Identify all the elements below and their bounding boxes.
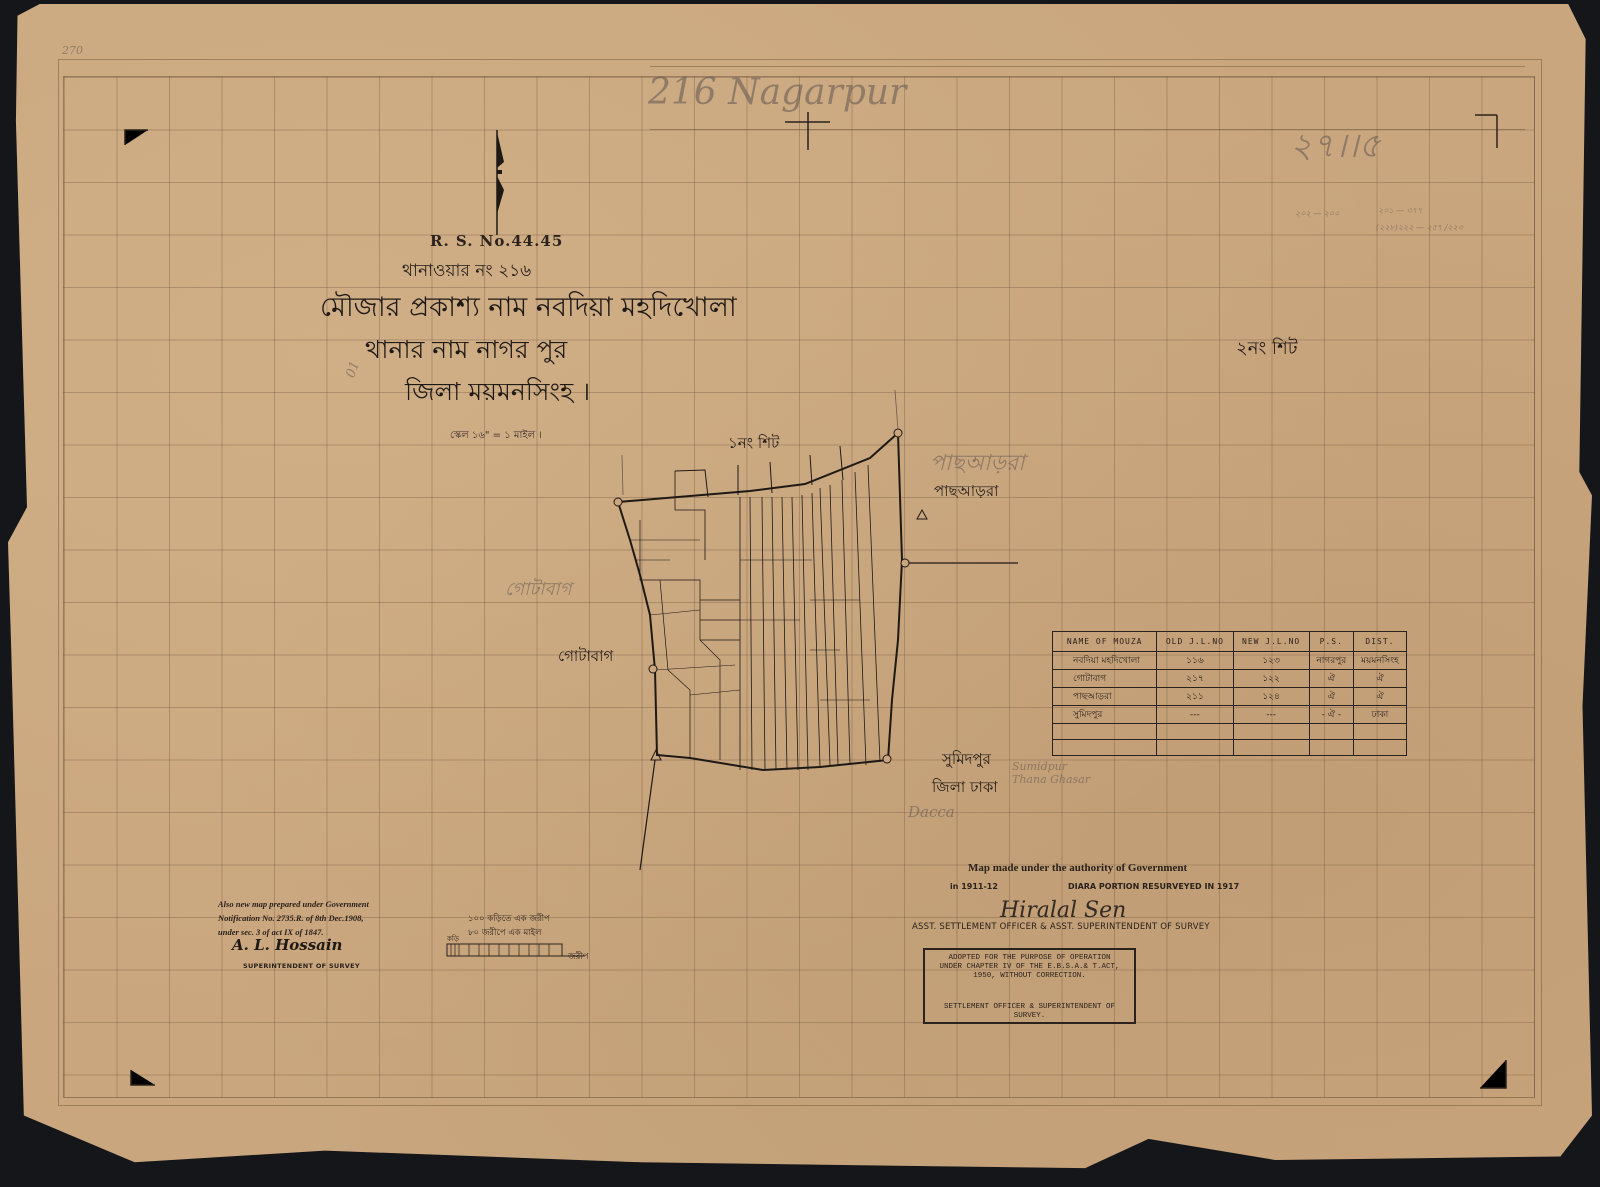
survey-years: in 1911-12 — [950, 882, 998, 891]
boundary-pillars — [614, 429, 909, 763]
superintendent-role: SUPERINTENDENT OF SURVEY — [243, 962, 360, 970]
col-header-ps: P.S. — [1309, 632, 1353, 652]
pillar-marker — [649, 665, 657, 673]
scale-text-2: ৮০ জরীপে এক মাইল — [468, 926, 541, 940]
stamp-line-3: 1950, WITHOUT CORRECTION. — [925, 972, 1134, 981]
authority-title: Map made under the authority of Governme… — [968, 862, 1187, 874]
stamp-role-2: SURVEY. — [925, 1012, 1134, 1021]
notification-line-1: Also new map prepared under Government — [218, 897, 369, 911]
pillar-marker — [894, 429, 902, 437]
cell-ps — [1309, 724, 1353, 740]
district-line: জিলা ময়মনসিংহ । — [405, 372, 590, 415]
cell-new-jl — [1233, 724, 1309, 740]
cell-new-jl: ১২২ — [1233, 670, 1309, 688]
scale-bar-icon — [447, 944, 584, 956]
cell-ps: নাগরপুর — [1309, 652, 1353, 670]
cell-old-jl: ১১৬ — [1157, 652, 1233, 670]
cell-new-jl: --- — [1233, 706, 1309, 724]
cell-name — [1053, 724, 1157, 740]
cell-dist — [1353, 724, 1406, 740]
col-header-old-jl: OLD J.L.NO — [1157, 632, 1233, 652]
superintendent-signature: A. L. Hossain — [232, 936, 342, 954]
authority-years-line: in 1911-12DIARA PORTION RESURVEYED IN 19… — [950, 882, 1239, 891]
neighbor-east-label: পাছআড়রা — [934, 480, 998, 505]
stamp-signature — [925, 981, 1134, 1003]
pillar-marker — [883, 755, 891, 763]
table-row — [1053, 740, 1407, 756]
table-row: নবদিয়া মহদিখোলা ১১৬ ১২৩ নাগরপুর ময়মনসি… — [1053, 652, 1407, 670]
table-row — [1053, 724, 1407, 740]
cell-new-jl: ১২৪ — [1233, 688, 1309, 706]
cell-old-jl — [1157, 724, 1233, 740]
scale-left-label: কড়ি — [447, 933, 459, 945]
south-district-label: জিলা ঢাকা — [932, 776, 998, 801]
resurvey-note: DIARA PORTION RESURVEYED IN 1917 — [1068, 882, 1239, 891]
boundary-extension-line — [640, 760, 655, 870]
direction-arrow — [895, 390, 898, 430]
cell-old-jl — [1157, 740, 1233, 756]
adoption-stamp: ADOPTED FOR THE PURPOSE OF OPERATION UND… — [923, 948, 1136, 1024]
cell-ps: ঐ — [1309, 670, 1353, 688]
cell-old-jl: ২১১ — [1157, 688, 1233, 706]
table-row: সুমিদপুর --- --- - ঐ - ঢাকা — [1053, 706, 1407, 724]
cell-dist: ঢাকা — [1353, 706, 1406, 724]
map-drawing — [0, 0, 1600, 1187]
cell-new-jl: ১২৩ — [1233, 652, 1309, 670]
col-header-new-jl: NEW J.L.NO — [1233, 632, 1309, 652]
stamp-role-1: SETTLEMENT OFFICER & SUPERINTENDENT OF — [925, 1003, 1134, 1012]
cell-new-jl — [1233, 740, 1309, 756]
thana-name-line: থানার নাম নাগর পুর — [365, 330, 567, 373]
scale-text-1: ১০০ কড়িতে এক জরীপ — [468, 912, 550, 926]
thana-number-line: থানাওয়ার নং ২১৬ — [402, 258, 531, 286]
table-row: গোটাবাগ ২১৭ ১২২ ঐ ঐ — [1053, 670, 1407, 688]
cell-ps: ঐ — [1309, 688, 1353, 706]
cell-old-jl: ২১৭ — [1157, 670, 1233, 688]
cell-name: পাছআড়রা — [1053, 688, 1157, 706]
scale-right-label: জরীপ — [568, 950, 588, 964]
cell-old-jl: --- — [1157, 706, 1233, 724]
pillar-marker — [901, 559, 909, 567]
notification-line-2: Notification No. 2735.R. of 8th Dec.1908… — [218, 911, 369, 925]
notification-text: Also new map prepared under Government N… — [218, 897, 369, 939]
rs-number: R. S. No.44.45 — [430, 232, 563, 250]
sheet-2-label: ২নং শিট — [1236, 334, 1298, 365]
table-header-row: NAME OF MOUZA OLD J.L.NO NEW J.L.NO P.S.… — [1053, 632, 1407, 652]
scale-note: স্কেল ১৬" = ১ মাইল । — [450, 428, 542, 445]
cell-dist: ময়মনসিংহ — [1353, 652, 1406, 670]
mouza-name-line: মৌজার প্রকাশ্য নাম নবদিয়া মহদিখোলা — [320, 287, 737, 332]
mouza-boundary — [618, 433, 902, 770]
mouza-index-table: NAME OF MOUZA OLD J.L.NO NEW J.L.NO P.S.… — [1052, 631, 1407, 756]
cell-name: গোটাবাগ — [1053, 670, 1157, 688]
stamp-line-1: ADOPTED FOR THE PURPOSE OF OPERATION — [925, 954, 1134, 963]
col-header-name: NAME OF MOUZA — [1053, 632, 1157, 652]
cell-ps: - ঐ - — [1309, 706, 1353, 724]
triangulation-point-icon — [917, 510, 927, 519]
neighbor-south-label: সুমিদপুর — [942, 748, 991, 773]
officer-role: ASST. SETTLEMENT OFFICER & ASST. SUPERIN… — [912, 922, 1210, 932]
cell-ps — [1309, 740, 1353, 756]
cell-dist: ঐ — [1353, 670, 1406, 688]
cell-name: সুমিদপুর — [1053, 706, 1157, 724]
neighbor-west-label: গোটাবাগ — [558, 645, 613, 670]
pillar-marker — [614, 498, 622, 506]
col-header-dist: DIST. — [1353, 632, 1406, 652]
officer-signature: Hiralal Sen — [1000, 898, 1126, 923]
north-arrow-icon — [497, 130, 504, 235]
table-row: পাছআড়রা ২১১ ১২৪ ঐ ঐ — [1053, 688, 1407, 706]
cell-name: নবদিয়া মহদিখোলা — [1053, 652, 1157, 670]
cell-dist — [1353, 740, 1406, 756]
sheet-1-label: ১নং শিট — [728, 432, 779, 457]
direction-arrow — [622, 455, 623, 495]
stamp-line-2: UNDER CHAPTER IV OF THE E.B.S.A.& T.ACT, — [925, 963, 1134, 972]
cell-dist: ঐ — [1353, 688, 1406, 706]
cell-name — [1053, 740, 1157, 756]
